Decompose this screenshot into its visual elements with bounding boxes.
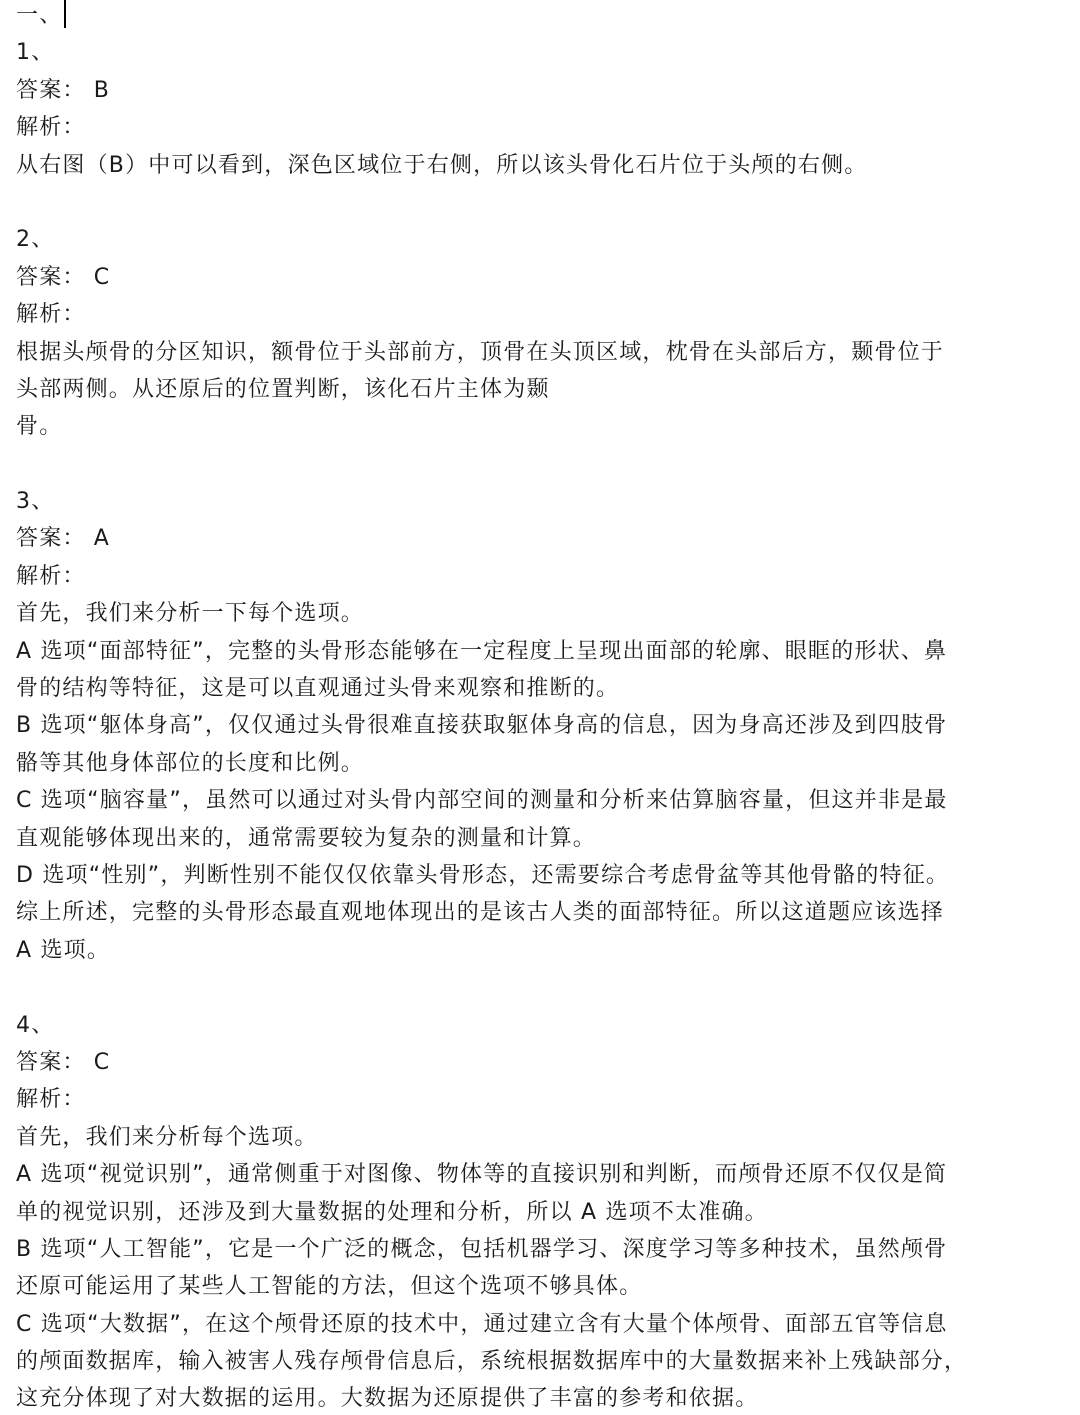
analysis-text: B 选项“人工智能”，它是一个广泛的概念，包括机器学习、深度学习等多种技术，虽然… [16,1231,1026,1268]
answer-line: 答案： A [16,520,1026,557]
section-heading-line[interactable]: 一、 [16,0,1026,34]
section-heading: 一、 [16,3,62,28]
analysis-text: 这充分体现了对大数据的运用。大数据为还原提供了丰富的参考和依据。 [16,1380,1026,1415]
blank-line [16,184,1026,221]
question-number: 2、 [16,221,1026,258]
answer-line: 答案： C [16,259,1026,296]
analysis-text: 头部两侧。从还原后的位置判断，该化石片主体为颞 [16,371,1026,408]
analysis-text: 骼等其他身体部位的长度和比例。 [16,745,1026,782]
answer-line: 答案： C [16,1044,1026,1081]
document-body[interactable]: 一、 1、 答案： B 解析： 从右图（B）中可以看到，深色区域位于右侧，所以该… [0,0,1026,1415]
question-number: 4、 [16,1007,1026,1044]
analysis-label: 解析： [16,296,1026,333]
question-1: 1、 答案： B 解析： 从右图（B）中可以看到，深色区域位于右侧，所以该头骨化… [16,34,1026,221]
analysis-text: 骨的结构等特征，这是可以直观通过头骨来观察和推断的。 [16,670,1026,707]
analysis-text: B 选项“躯体身高”，仅仅通过头骨很难直接获取躯体身高的信息，因为身高还涉及到四… [16,707,1026,744]
analysis-label: 解析： [16,109,1026,146]
question-4: 4、 答案： C 解析： 首先，我们来分析每个选项。 A 选项“视觉识别”，通常… [16,1007,1026,1415]
analysis-label: 解析： [16,1081,1026,1118]
analysis-text: 综上所述，完整的头骨形态最直观地体现出的是该古人类的面部特征。所以这道题应该选择 [16,894,1026,931]
analysis-text: C 选项“大数据”，在这个颅骨还原的技术中，通过建立含有大量个体颅骨、面部五官等… [16,1306,1026,1343]
blank-line [16,969,1026,1006]
question-number: 1、 [16,34,1026,71]
analysis-text: 从右图（B）中可以看到，深色区域位于右侧，所以该头骨化石片位于头颅的右侧。 [16,147,1026,184]
question-number: 3、 [16,483,1026,520]
analysis-text: 还原可能运用了某些人工智能的方法，但这个选项不够具体。 [16,1268,1026,1305]
question-3: 3、 答案： A 解析： 首先，我们来分析一下每个选项。 A 选项“面部特征”，… [16,483,1026,1006]
analysis-text: A 选项。 [16,932,1026,969]
analysis-text: 根据头颅骨的分区知识，额骨位于头部前方，顶骨在头顶区域，枕骨在头部后方，颞骨位于 [16,334,1026,371]
analysis-text: D 选项“性别”，判断性别不能仅仅依靠头骨形态，还需要综合考虑骨盆等其他骨骼的特… [16,857,1026,894]
blank-line [16,446,1026,483]
analysis-text: A 选项“视觉识别”，通常侧重于对图像、物体等的直接识别和判断，而颅骨还原不仅仅… [16,1156,1026,1193]
answer-line: 答案： B [16,72,1026,109]
text-cursor [64,0,66,28]
analysis-text: 的颅面数据库，输入被害人残存颅骨信息后，系统根据数据库中的大量数据来补上残缺部分… [16,1343,1026,1380]
question-2: 2、 答案： C 解析： 根据头颅骨的分区知识，额骨位于头部前方，顶骨在头顶区域… [16,221,1026,483]
analysis-label: 解析： [16,558,1026,595]
analysis-text: 骨。 [16,408,1026,445]
analysis-text: C 选项“脑容量”，虽然可以通过对头骨内部空间的测量和分析来估算脑容量，但这并非… [16,782,1026,819]
analysis-text: 首先，我们来分析一下每个选项。 [16,595,1026,632]
analysis-text: A 选项“面部特征”，完整的头骨形态能够在一定程度上呈现出面部的轮廓、眼眶的形状… [16,633,1026,670]
analysis-text: 直观能够体现出来的，通常需要较为复杂的测量和计算。 [16,820,1026,857]
analysis-text: 首先，我们来分析每个选项。 [16,1119,1026,1156]
analysis-text: 单的视觉识别，还涉及到大量数据的处理和分析，所以 A 选项不太准确。 [16,1194,1026,1231]
